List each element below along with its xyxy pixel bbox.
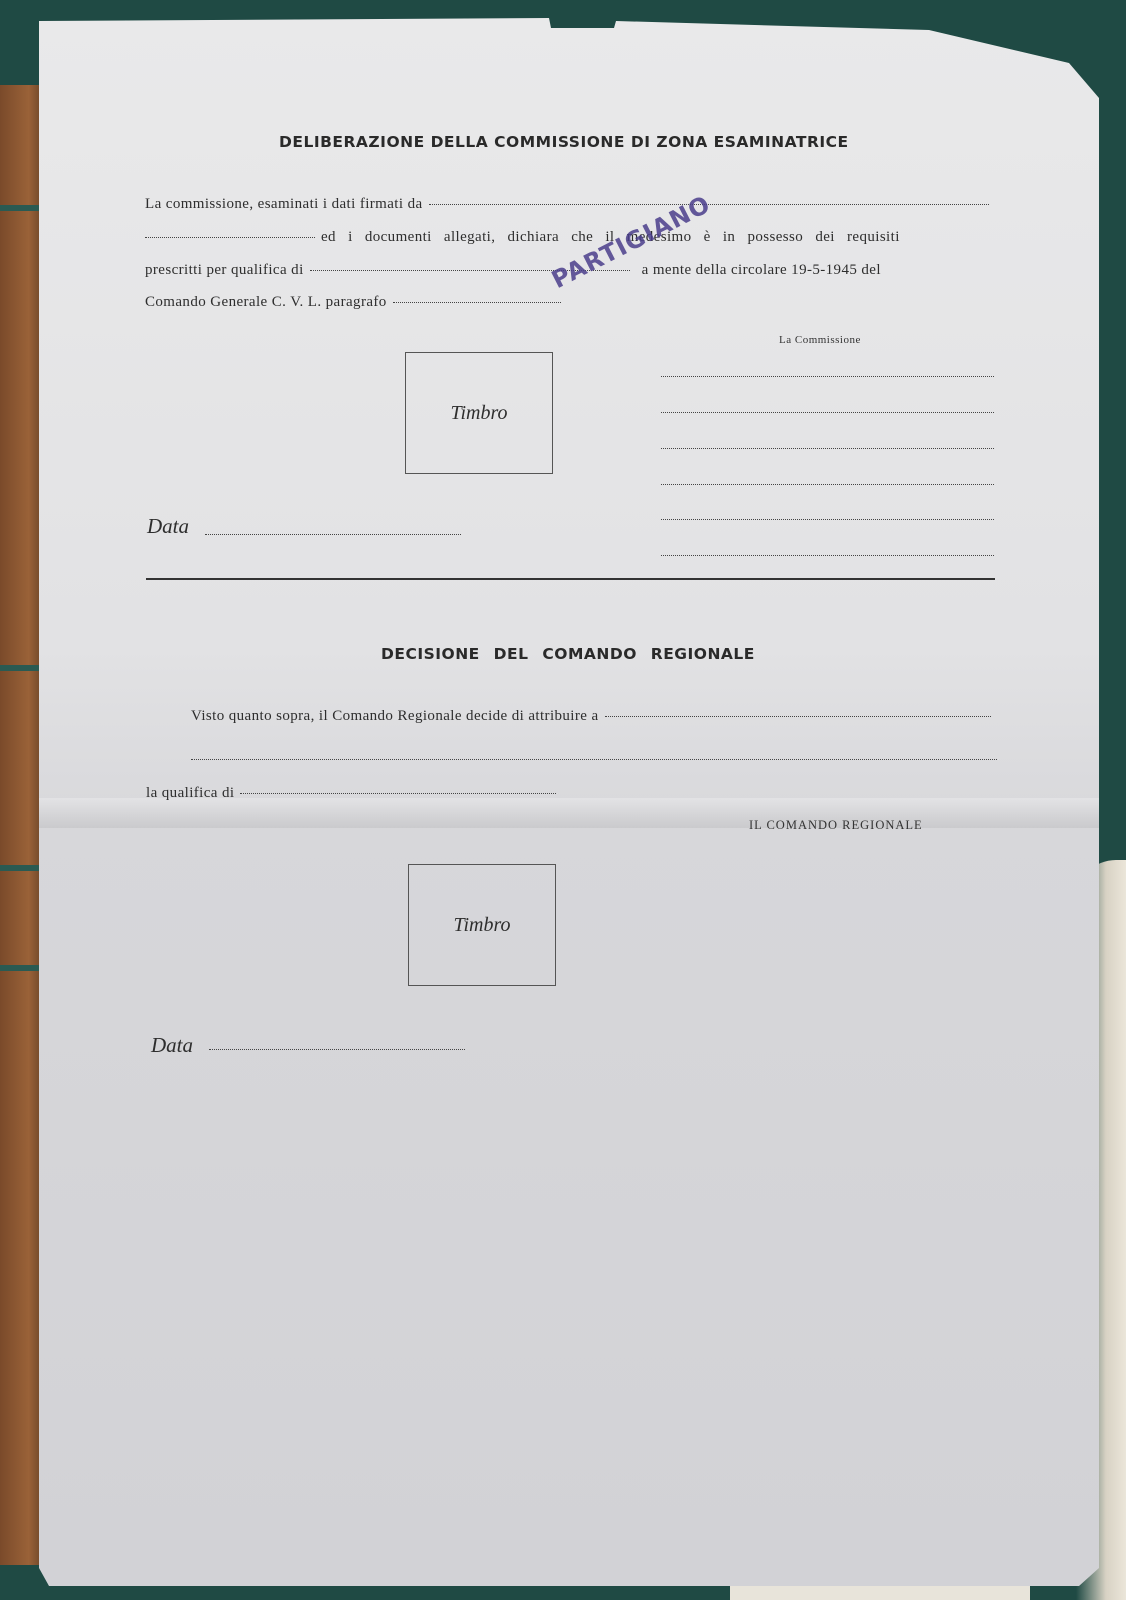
- fill-field-qualification-granted[interactable]: [240, 792, 556, 794]
- paper-fold: [39, 798, 1099, 828]
- form-line-5: Visto quanto sopra, il Comando Regionale…: [191, 708, 997, 725]
- form-text: Visto quanto sopra, il Comando Regionale…: [191, 708, 599, 725]
- form-line-2: ed i documenti allegati, dichiara che il…: [145, 229, 995, 246]
- form-sheet: DELIBERAZIONE DELLA COMMISSIONE DI ZONA …: [39, 18, 1099, 1586]
- fill-field-recipient-cont[interactable]: [191, 758, 997, 760]
- section-title-deliberazione: DELIBERAZIONE DELLA COMMISSIONE DI ZONA …: [279, 133, 849, 151]
- date-label: Data: [151, 1033, 193, 1058]
- form-line-6: la qualifica di: [146, 785, 562, 802]
- regional-command-signature-title: IL COMANDO REGIONALE: [749, 818, 923, 833]
- section-title-decisione: DECISIONE DEL COMANDO REGIONALE: [381, 645, 755, 663]
- form-text: a mente della circolare 19-5-1945 del: [642, 262, 881, 279]
- stamp-box-label: Timbro: [453, 914, 510, 937]
- form-text: prescritti per qualifica di: [145, 262, 304, 279]
- signature-line[interactable]: [661, 412, 994, 413]
- fill-field-recipient[interactable]: [605, 715, 991, 717]
- form-line-1: La commissione, esaminati i dati firmati…: [145, 196, 995, 213]
- signature-line[interactable]: [661, 376, 994, 377]
- signature-line[interactable]: [661, 519, 994, 520]
- signature-line[interactable]: [661, 555, 994, 556]
- fill-field-name-cont[interactable]: [145, 236, 315, 238]
- signatures-title: La Commissione: [779, 334, 861, 346]
- form-line-4: Comando Generale C. V. L. paragrafo: [145, 294, 567, 311]
- date-label: Data: [147, 514, 189, 539]
- stamp-box: Timbro: [405, 352, 553, 474]
- form-text: La commissione, esaminati i dati firmati…: [145, 196, 423, 213]
- signature-line[interactable]: [661, 448, 994, 449]
- stamp-box-label: Timbro: [450, 402, 507, 425]
- signature-line[interactable]: [661, 484, 994, 485]
- date-field[interactable]: [205, 533, 461, 535]
- stamp-box: Timbro: [408, 864, 556, 986]
- form-text: Comando Generale C. V. L. paragrafo: [145, 294, 387, 311]
- section-divider: [146, 578, 995, 580]
- form-text: la qualifica di: [146, 785, 234, 802]
- fill-field-paragraph[interactable]: [393, 301, 561, 303]
- date-field[interactable]: [209, 1048, 465, 1050]
